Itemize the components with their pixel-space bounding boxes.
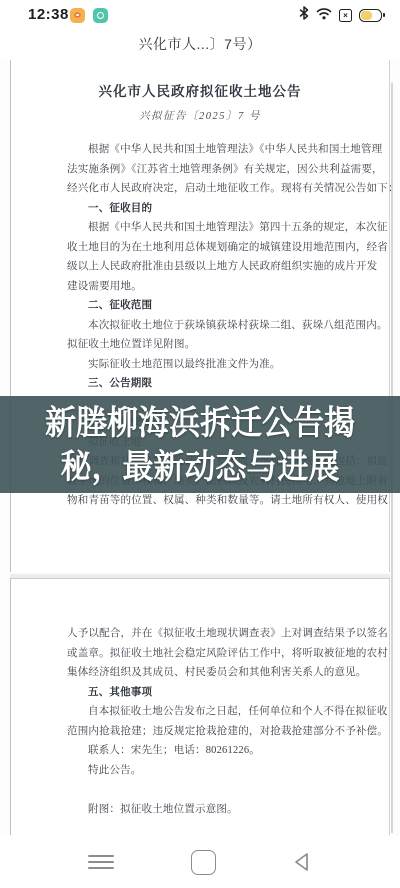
phone-screen: 12:38 × 兴化市人...〕7号） 兴化市人民政府拟征收土地公告 兴拟征告〔… xyxy=(0,0,400,888)
wifi-icon xyxy=(316,7,332,25)
document-title: 兴化市人民政府拟征收土地公告 xyxy=(11,80,389,100)
back-icon[interactable] xyxy=(292,851,312,873)
battery-icon xyxy=(359,9,382,22)
android-nav-bar xyxy=(0,836,400,888)
headline-line-1: 新塍柳海浜拆迁公告揭 xyxy=(45,399,355,447)
doc-line: 法实施条例》《江苏省土地管理条例》有关规定，因公共利益需要， xyxy=(11,160,389,180)
doc-line: 特此公告。 xyxy=(11,761,389,781)
document-page-2: 人予以配合，并在《拟征收土地现状调查表》上对调查结果予以签名 或盖章。拟征收土地… xyxy=(10,578,390,835)
doc-line: 实际征收土地范围以最终批准文件为准。 xyxy=(11,355,389,375)
doc-line: 经兴化市人民政府决定，启动土地征收工作。现将有关情况公告如下： xyxy=(11,179,389,199)
page-title: 兴化市人...〕7号） xyxy=(139,34,262,54)
menu-icon[interactable] xyxy=(88,855,114,869)
doc-heading-5: 五、其他事项 xyxy=(11,683,389,703)
doc-line: 根据《中华人民共和国土地管理法》第四十五条的规定，本次征 xyxy=(11,218,389,238)
app-title-bar: 兴化市人...〕7号） xyxy=(0,30,400,58)
bluetooth-icon xyxy=(299,6,309,25)
document-number: 兴拟征告〔2025〕7 号 xyxy=(11,108,389,123)
doc-line: 根据《中华人民共和国土地管理法》《中华人民共和国土地管理 xyxy=(11,140,389,160)
document-page-1: 兴化市人民政府拟征收土地公告 兴拟征告〔2025〕7 号 根据《中华人民共和国土… xyxy=(10,60,390,572)
weibo-notification-icon xyxy=(70,8,85,23)
doc-line: 收土地目的为在土地利用总体规划确定的城镇建设用地范围内，经省 xyxy=(11,238,389,258)
doc-line: 人予以配合，并在《拟征收土地现状调查表》上对调查结果予以签名 xyxy=(11,624,389,644)
teal-app-notification-icon xyxy=(93,8,108,23)
doc-heading-1: 一、征收目的 xyxy=(11,199,389,219)
headline-line-2: 秘，最新动态与进展 xyxy=(61,443,340,491)
doc-line: 范围内抢栽抢建；违反规定抢栽抢建的，对抢栽抢建部分不予补偿。 xyxy=(11,722,389,742)
home-icon[interactable] xyxy=(191,850,216,875)
doc-attachment-line: 附图：拟征收土地位置示意图。 xyxy=(11,800,389,820)
doc-line: 拟征收土地位置详见附图。 xyxy=(11,335,389,355)
doc-line: 集体经济组织及其成员、村民委员会和其他利害关系人的意见。 xyxy=(11,663,389,683)
doc-line: 级以上人民政府批准由县级以上地方人民政府组织实施的成片开发 xyxy=(11,257,389,277)
no-sim-icon: × xyxy=(339,9,352,22)
status-bar: 12:38 × xyxy=(0,0,400,30)
clock: 12:38 xyxy=(28,6,69,23)
doc-heading-2: 二、征收范围 xyxy=(11,296,389,316)
doc-heading-3: 三、公告期限 xyxy=(11,374,389,394)
doc-line: 自本拟征收土地公告发布之日起，任何单位和个人不得在拟征收 xyxy=(11,702,389,722)
doc-line: 或盖章。拟征收土地社会稳定风险评估工作中，将听取被征地的农村 xyxy=(11,644,389,664)
doc-contact-line: 联系人：宋先生；电话：80261226。 xyxy=(11,741,389,761)
headline-overlay-banner: 新塍柳海浜拆迁公告揭 秘，最新动态与进展 xyxy=(0,396,400,493)
doc-line: 本次拟征收土地位于荻垛镇荻垛村荻垛二组、荻垛八组范围内。 xyxy=(11,316,389,336)
doc-line: 建设需要用地。 xyxy=(11,277,389,297)
doc-line: 物和青苗等的位置、权属、种类和数量等。请土地所有权人、使用权 xyxy=(11,491,389,511)
